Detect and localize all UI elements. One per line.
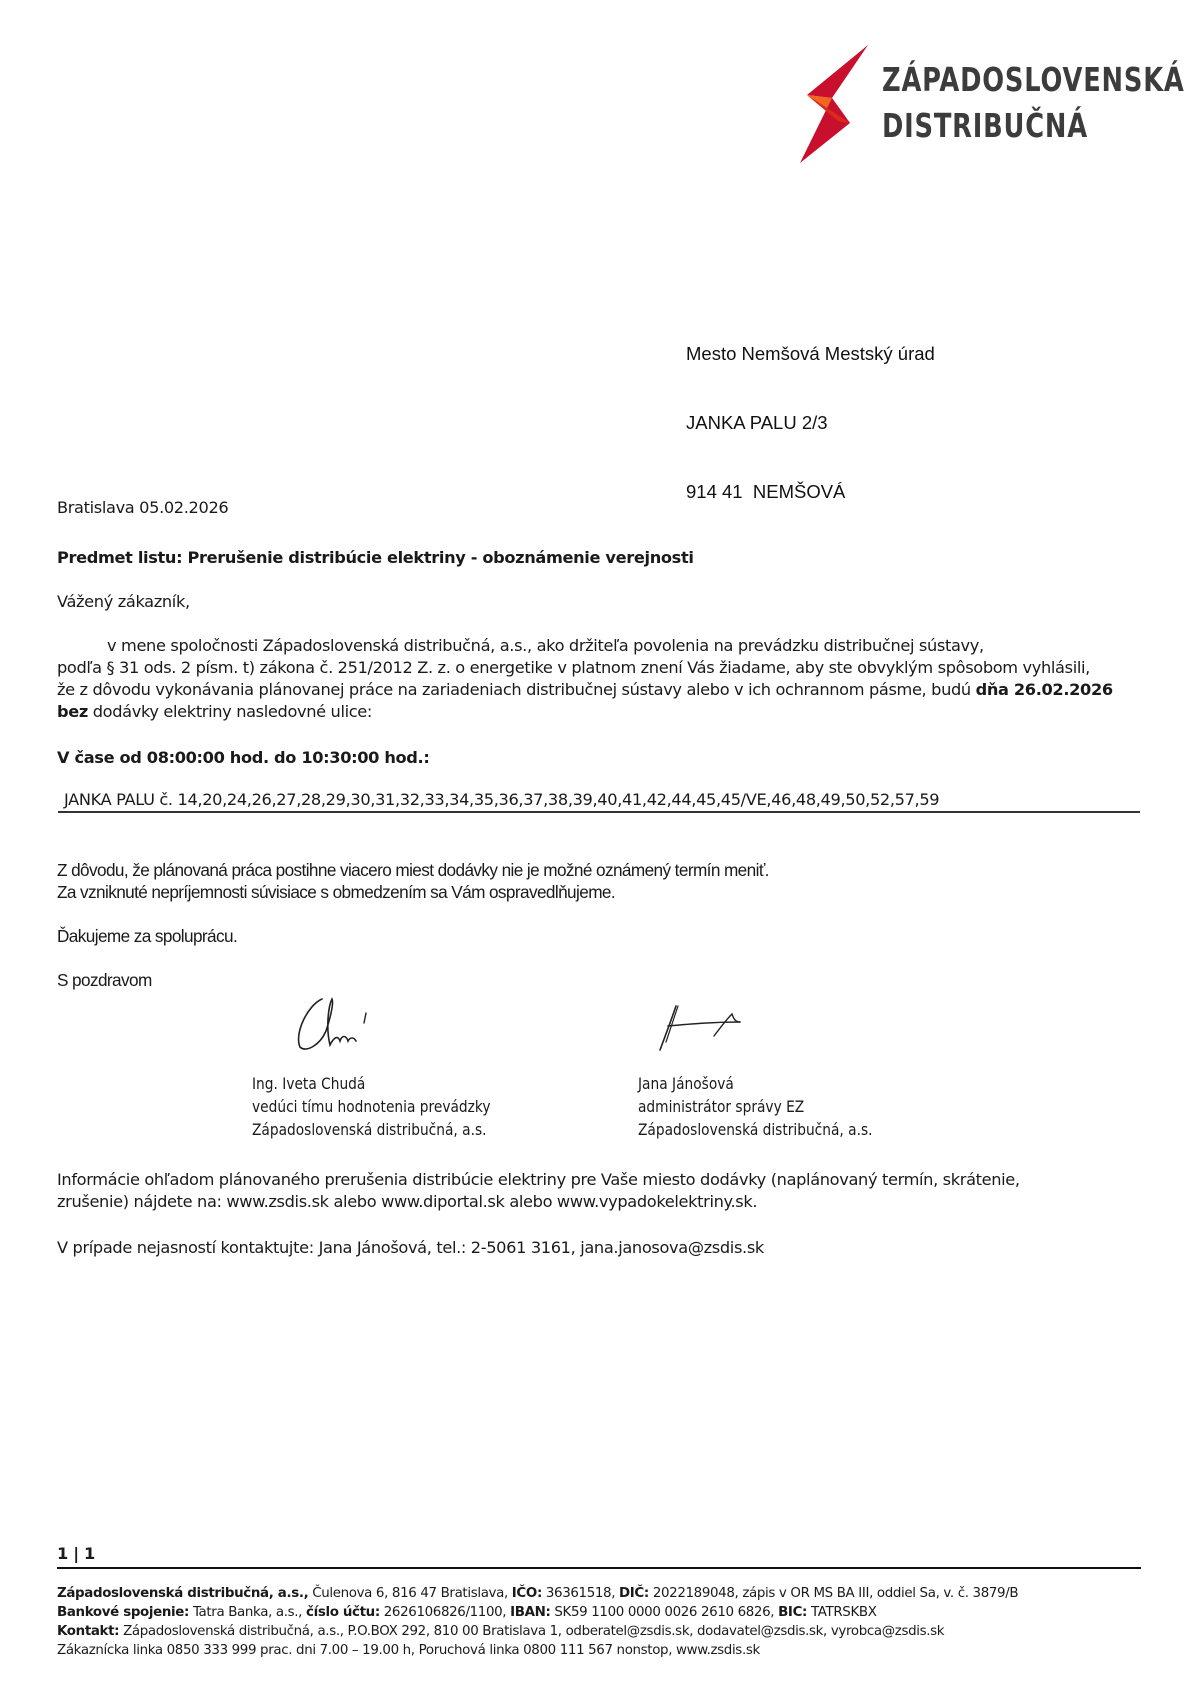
signatory-company: Západoslovenská distribučná, a.s.	[252, 1118, 490, 1141]
signatory-role: administrátor správy EZ	[638, 1095, 872, 1118]
recipient-city: 914 41 NEMŠOVÁ	[686, 480, 935, 503]
footer-account-label: číslo účtu:	[306, 1605, 380, 1620]
salutation: Vážený zákazník,	[57, 592, 190, 611]
signatory-role: vedúci tímu hodnotenia prevádzky	[252, 1095, 490, 1118]
subject-line: Predmet listu: Prerušenie distribúcie el…	[57, 548, 694, 567]
signatory-name: Ing. Iveta Chudá	[252, 1072, 490, 1095]
paragraph2-line1: Z dôvodu, že plánovaná práca postihne vi…	[57, 860, 769, 881]
footer: Západoslovenská distribučná, a.s., Čulen…	[57, 1584, 1018, 1660]
recipient-name: Mesto Nemšová Mestský úrad	[686, 342, 935, 365]
outage-date: dňa 26.02.2026	[976, 680, 1113, 699]
paragraph1-line1: v mene spoločnosti Západoslovenská distr…	[107, 636, 984, 655]
without-keyword: bez	[57, 702, 88, 721]
footer-bank-line: Bankové spojenie: Tatra Banka, a.s., čís…	[57, 1603, 1018, 1622]
paragraph1-line3-text: že z dôvodu vykonávania plánovanej práce…	[57, 680, 976, 699]
contact-line: V prípade nejasností kontaktujte: Jana J…	[57, 1238, 764, 1257]
footer-account-value: 2626106826/1100,	[380, 1605, 510, 1620]
logo-text-line2: DISTRIBUČNÁ	[882, 108, 1088, 144]
recipient-street: JANKA PALU 2/3	[686, 411, 935, 434]
paragraph1-line4-text: dodávky elektriny nasledovné ulice:	[88, 702, 372, 721]
footer-ico-value: 36361518,	[542, 1586, 619, 1601]
outage-time: V čase od 08:00:00 hod. do 10:30:00 hod.…	[57, 748, 429, 767]
footer-ico-label: IČO:	[512, 1586, 542, 1601]
footer-bank-value: Tatra Banka, a.s.,	[189, 1605, 306, 1620]
footer-dic-value: 2022189048, zápis v OR MS BA III, oddiel…	[649, 1586, 1018, 1601]
paragraph1-line4: bez dodávky elektriny nasledovné ulice:	[57, 702, 372, 721]
footer-contact-value: Západoslovenská distribučná, a.s., P.O.B…	[119, 1624, 944, 1639]
place-date: Bratislava 05.02.2026	[57, 498, 228, 517]
closing-line: S pozdravom	[57, 970, 152, 991]
affected-streets: JANKA PALU č. 14,20,24,26,27,28,29,30,31…	[58, 790, 1140, 813]
footer-divider	[57, 1567, 1141, 1569]
lightning-bolt-icon	[795, 43, 870, 165]
footer-address: Čulenova 6, 816 47 Bratislava,	[308, 1586, 511, 1601]
signatory-company: Západoslovenská distribučná, a.s.	[638, 1118, 872, 1141]
recipient-address: Mesto Nemšová Mestský úrad JANKA PALU 2/…	[686, 296, 935, 526]
signatory-name: Jana Jánošová	[638, 1072, 872, 1095]
footer-contact-label: Kontakt:	[57, 1624, 119, 1639]
info-line1: Informácie ohľadom plánovaného prerušeni…	[57, 1170, 1020, 1189]
footer-bank-label: Bankové spojenie:	[57, 1605, 189, 1620]
thanks-line: Ďakujeme za spoluprácu.	[57, 926, 237, 947]
paragraph1-line3: že z dôvodu vykonávania plánovanej práce…	[57, 680, 1113, 699]
footer-hotline-line: Zákaznícka linka 0850 333 999 prac. dni …	[57, 1641, 1018, 1660]
footer-dic-label: DIČ:	[619, 1586, 649, 1601]
paragraph1-line2: podľa § 31 ods. 2 písm. t) zákona č. 251…	[57, 658, 1090, 677]
signatory-janosova: Jana Jánošová administrátor správy EZ Zá…	[638, 1072, 911, 1141]
footer-company-line: Západoslovenská distribučná, a.s., Čulen…	[57, 1584, 1018, 1603]
signatory-chuda: Ing. Iveta Chudá vedúci tímu hodnotenia …	[252, 1072, 529, 1141]
page-number: 1 | 1	[57, 1544, 95, 1563]
paragraph2-line2: Za vzniknuté nepríjemnosti súvisiace s o…	[57, 882, 615, 903]
footer-iban-value: SK59 1100 0000 0026 2610 6826,	[551, 1605, 779, 1620]
info-line2: zrušenie) nájdete na: www.zsdis.sk alebo…	[57, 1192, 757, 1211]
footer-bic-label: BIC:	[778, 1605, 807, 1620]
signature-image-janosova	[650, 1000, 760, 1060]
footer-contact-line: Kontakt: Západoslovenská distribučná, a.…	[57, 1622, 1018, 1641]
footer-iban-label: IBAN:	[510, 1605, 550, 1620]
signature-image-chuda	[290, 995, 400, 1055]
affected-streets-text: JANKA PALU č. 14,20,24,26,27,28,29,30,31…	[58, 790, 939, 809]
logo-text-line1: ZÁPADOSLOVENSKÁ	[882, 62, 1185, 98]
footer-company-name: Západoslovenská distribučná, a.s.,	[57, 1586, 308, 1601]
footer-bic-value: TATRSKBX	[807, 1605, 877, 1620]
